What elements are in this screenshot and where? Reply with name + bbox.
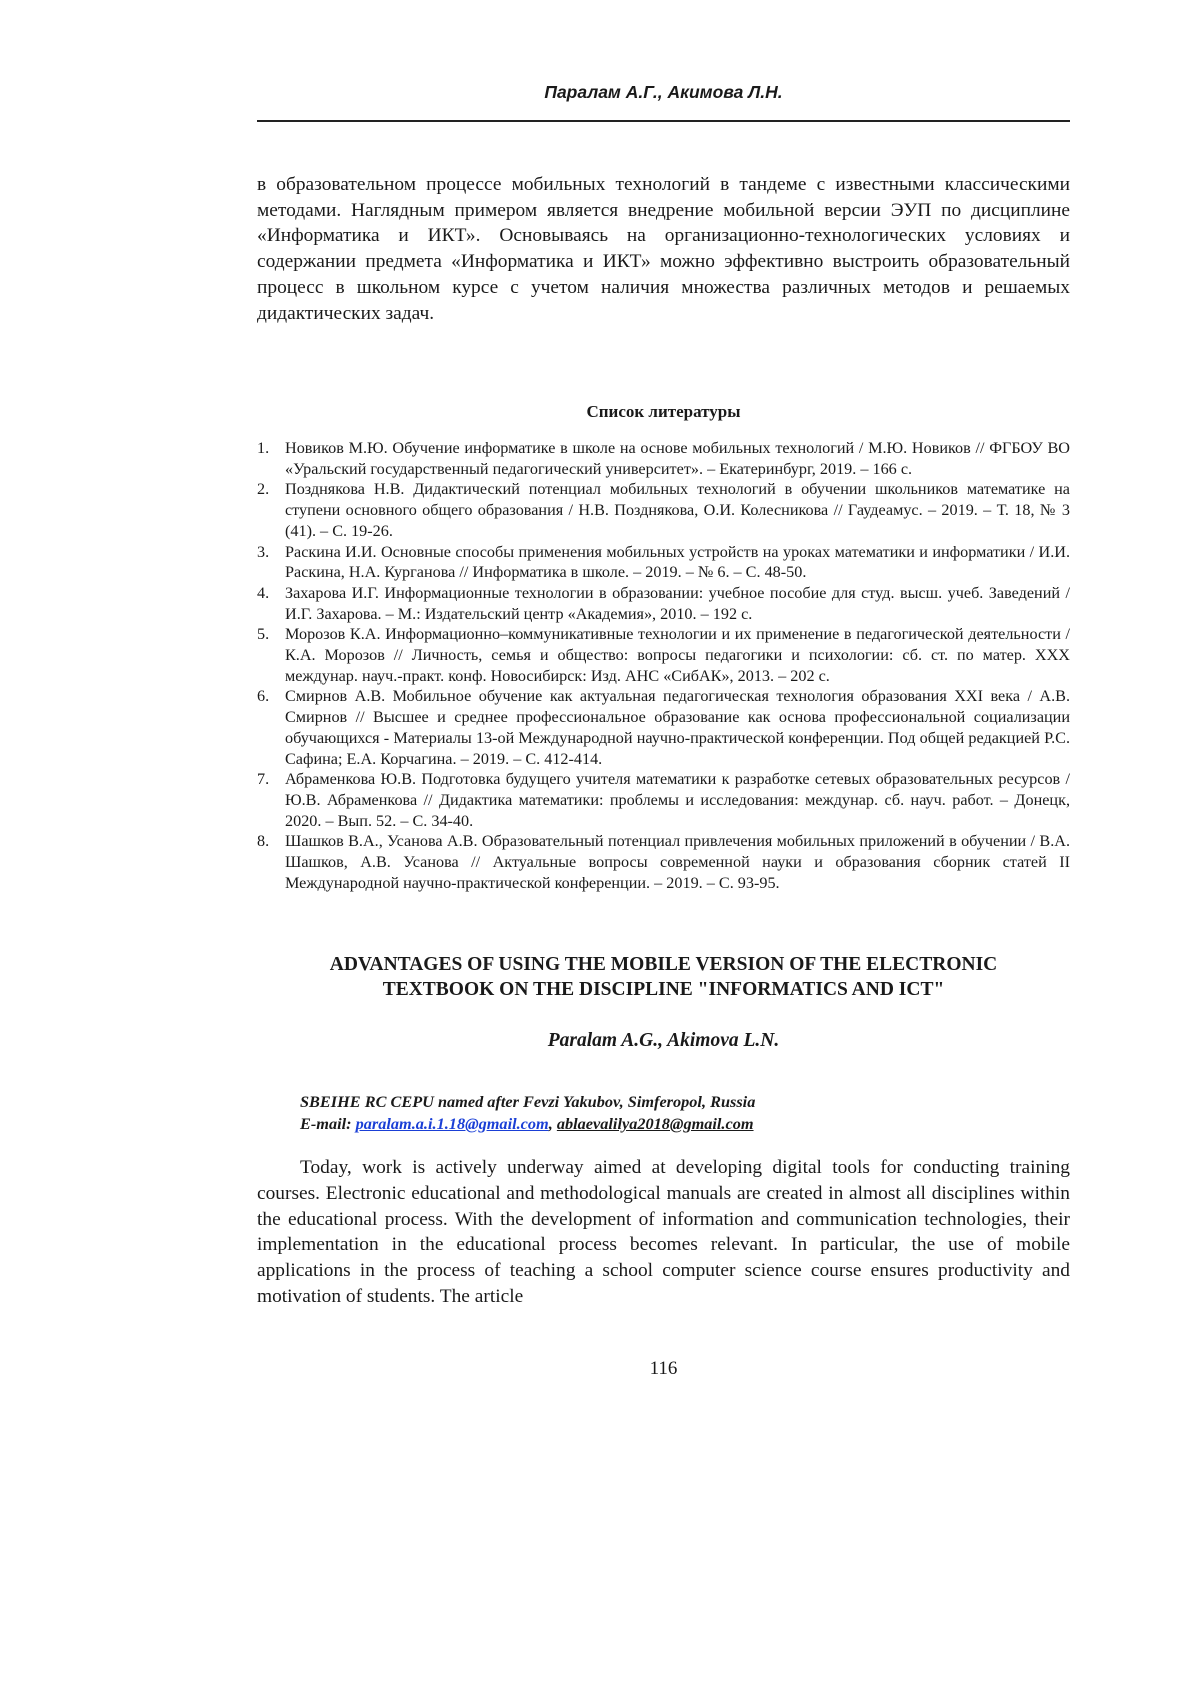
running-head: Паралам А.Г., Акимова Л.Н. (257, 80, 1070, 104)
reference-item: 7.Абраменкова Ю.В. Подготовка будущего у… (257, 769, 1070, 831)
reference-item: 6.Смирнов А.В. Мобильное обучение как ак… (257, 686, 1070, 769)
intro-paragraph: в образовательном процессе мобильных тех… (257, 172, 1070, 326)
email-line: E-mail: paralam.a.i.1.18@gmail.com, abla… (300, 1113, 1070, 1135)
references-title: Список литературы (257, 400, 1070, 424)
affiliation-block: SBEIHE RC CEPU named after Fevzi Yakubov… (300, 1091, 1070, 1135)
page-number: 116 (257, 1357, 1070, 1381)
email-link-ablaeva[interactable]: ablaevalilya2018@gmail.com (557, 1114, 754, 1133)
email-link-paralam[interactable]: paralam.a.i.1.18@gmail.com (356, 1114, 549, 1133)
reference-item: 2.Позднякова Н.В. Дидактический потенциа… (257, 479, 1070, 541)
reference-item: 8.Шашков В.А., Усанова А.В. Образователь… (257, 831, 1070, 893)
reference-item: 5.Морозов К.А. Информационно–коммуникати… (257, 624, 1070, 686)
header-rule (257, 120, 1070, 122)
reference-item: 3.Раскина И.И. Основные способы применен… (257, 542, 1070, 583)
english-authors: Paralam A.G., Akimova L.N. (257, 1029, 1070, 1053)
english-title: ADVANTAGES OF USING THE MOBILE VERSION O… (257, 952, 1070, 1002)
reference-item: 1.Новиков М.Ю. Обучение информатике в шк… (257, 438, 1070, 479)
references-list: 1.Новиков М.Ю. Обучение информатике в шк… (257, 438, 1070, 893)
reference-item: 4.Захарова И.Г. Информационные технологи… (257, 583, 1070, 624)
affiliation: SBEIHE RC CEPU named after Fevzi Yakubov… (300, 1091, 1070, 1113)
english-abstract: Today, work is actively underway aimed a… (257, 1155, 1070, 1310)
